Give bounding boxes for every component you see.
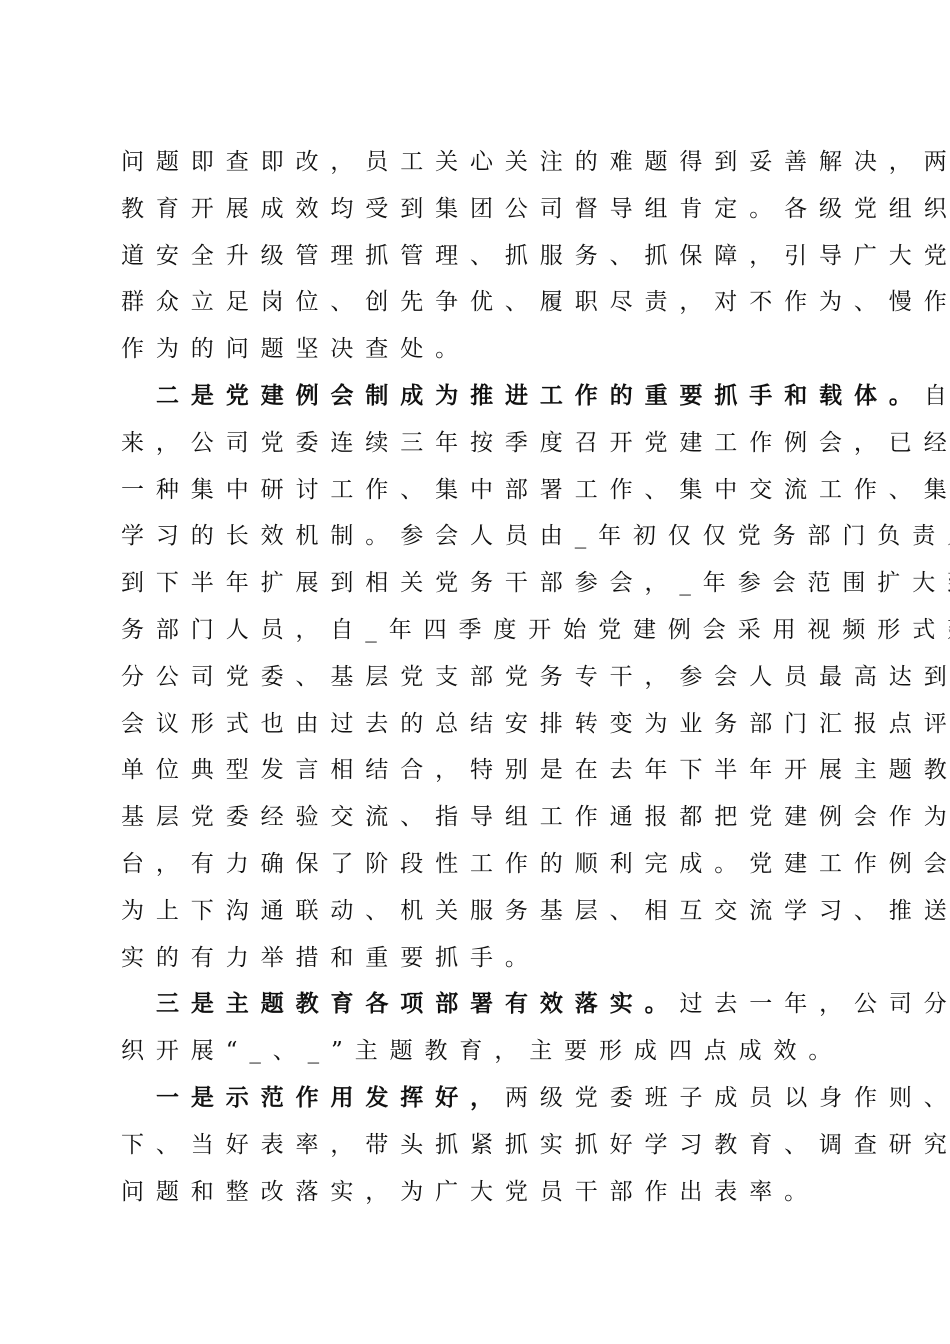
- text-line: 学习的长效机制。参会人员由_年初仅仅党务部门负责人参会，: [121, 513, 831, 560]
- text-line: 来，公司党委连续三年按季度召开党建工作例会，已经形成了: [121, 420, 831, 467]
- paragraph-heading: 二是党建例会制成为推进工作的重要抓手和载体。: [156, 382, 924, 409]
- text-line: 一种集中研讨工作、集中部署工作、集中交流工作、集中教育: [121, 467, 831, 514]
- text-line: 基层党委经验交流、指导组工作通报都把党建例会作为重要平: [121, 794, 831, 841]
- text-line: 问题和整改落实，为广大党员干部作出表率。: [121, 1169, 831, 1216]
- text-line: 会议形式也由过去的总结安排转变为业务部门汇报点评与基层: [121, 701, 831, 748]
- text-line: 单位典型发言相结合，特别是在去年下半年开展主题教育期间，: [121, 747, 831, 794]
- text-line: 织开展“_、_”主题教育，主要形成四点成效。: [121, 1028, 831, 1075]
- text-line: 二是党建例会制成为推进工作的重要抓手和载体。自_年以: [121, 373, 831, 420]
- text-line: 道安全升级管理抓管理、抓服务、抓保障，引导广大党员干部: [121, 233, 831, 280]
- paragraph-text: 过去一年，公司分两批组: [680, 991, 950, 1017]
- paragraph-heading: 一是示范作用发挥好，: [156, 1084, 505, 1111]
- paragraph-2: 二是党建例会制成为推进工作的重要抓手和载体。自_年以 来，公司党委连续三年按季度…: [121, 373, 831, 981]
- text-line: 为上下沟通联动、机关服务基层、相互交流学习、推送工作落: [121, 888, 831, 935]
- text-line: 下、当好表率，带头抓紧抓实抓好学习教育、调查研究、检视: [121, 1122, 831, 1169]
- paragraph-1: 问题即查即改，员工关心关注的难题得到妥善解决，两批主题 教育开展成效均受到集团公…: [121, 139, 831, 373]
- text-line: 务部门人员，自_年四季度开始党建例会采用视频形式延伸至各: [121, 607, 831, 654]
- text-line: 作为的问题坚决查处。: [121, 326, 831, 373]
- paragraph-text: 两级党委班子成员以身作则、以上率: [505, 1085, 950, 1111]
- paragraph-heading: 三是主题教育各项部署有效落实。: [156, 990, 680, 1017]
- paragraph-3: 三是主题教育各项部署有效落实。过去一年，公司分两批组 织开展“_、_”主题教育，…: [121, 981, 831, 1075]
- paragraph-text: 自_年以: [924, 383, 950, 409]
- text-line: 问题即查即改，员工关心关注的难题得到妥善解决，两批主题: [121, 139, 831, 186]
- text-line: 一是示范作用发挥好，两级党委班子成员以身作则、以上率: [121, 1075, 831, 1122]
- text-line: 三是主题教育各项部署有效落实。过去一年，公司分两批组: [121, 981, 831, 1028]
- text-line: 到下半年扩展到相关党务干部参会，_年参会范围扩大到全体党: [121, 560, 831, 607]
- text-line: 分公司党委、基层党支部党务专干，参会人员最高达到_多人。: [121, 654, 831, 701]
- paragraph-4: 一是示范作用发挥好，两级党委班子成员以身作则、以上率 下、当好表率，带头抓紧抓实…: [121, 1075, 831, 1215]
- text-line: 群众立足岗位、创先争优、履职尽责，对不作为、慢作为、乱: [121, 279, 831, 326]
- text-line: 实的有力举措和重要抓手。: [121, 935, 831, 982]
- document-page: 问题即查即改，员工关心关注的难题得到妥善解决，两批主题 教育开展成效均受到集团公…: [121, 139, 831, 1215]
- text-line: 教育开展成效均受到集团公司督导组肯定。各级党组织聚焦管: [121, 186, 831, 233]
- text-line: 台，有力确保了阶段性工作的顺利完成。党建工作例会已经成: [121, 841, 831, 888]
